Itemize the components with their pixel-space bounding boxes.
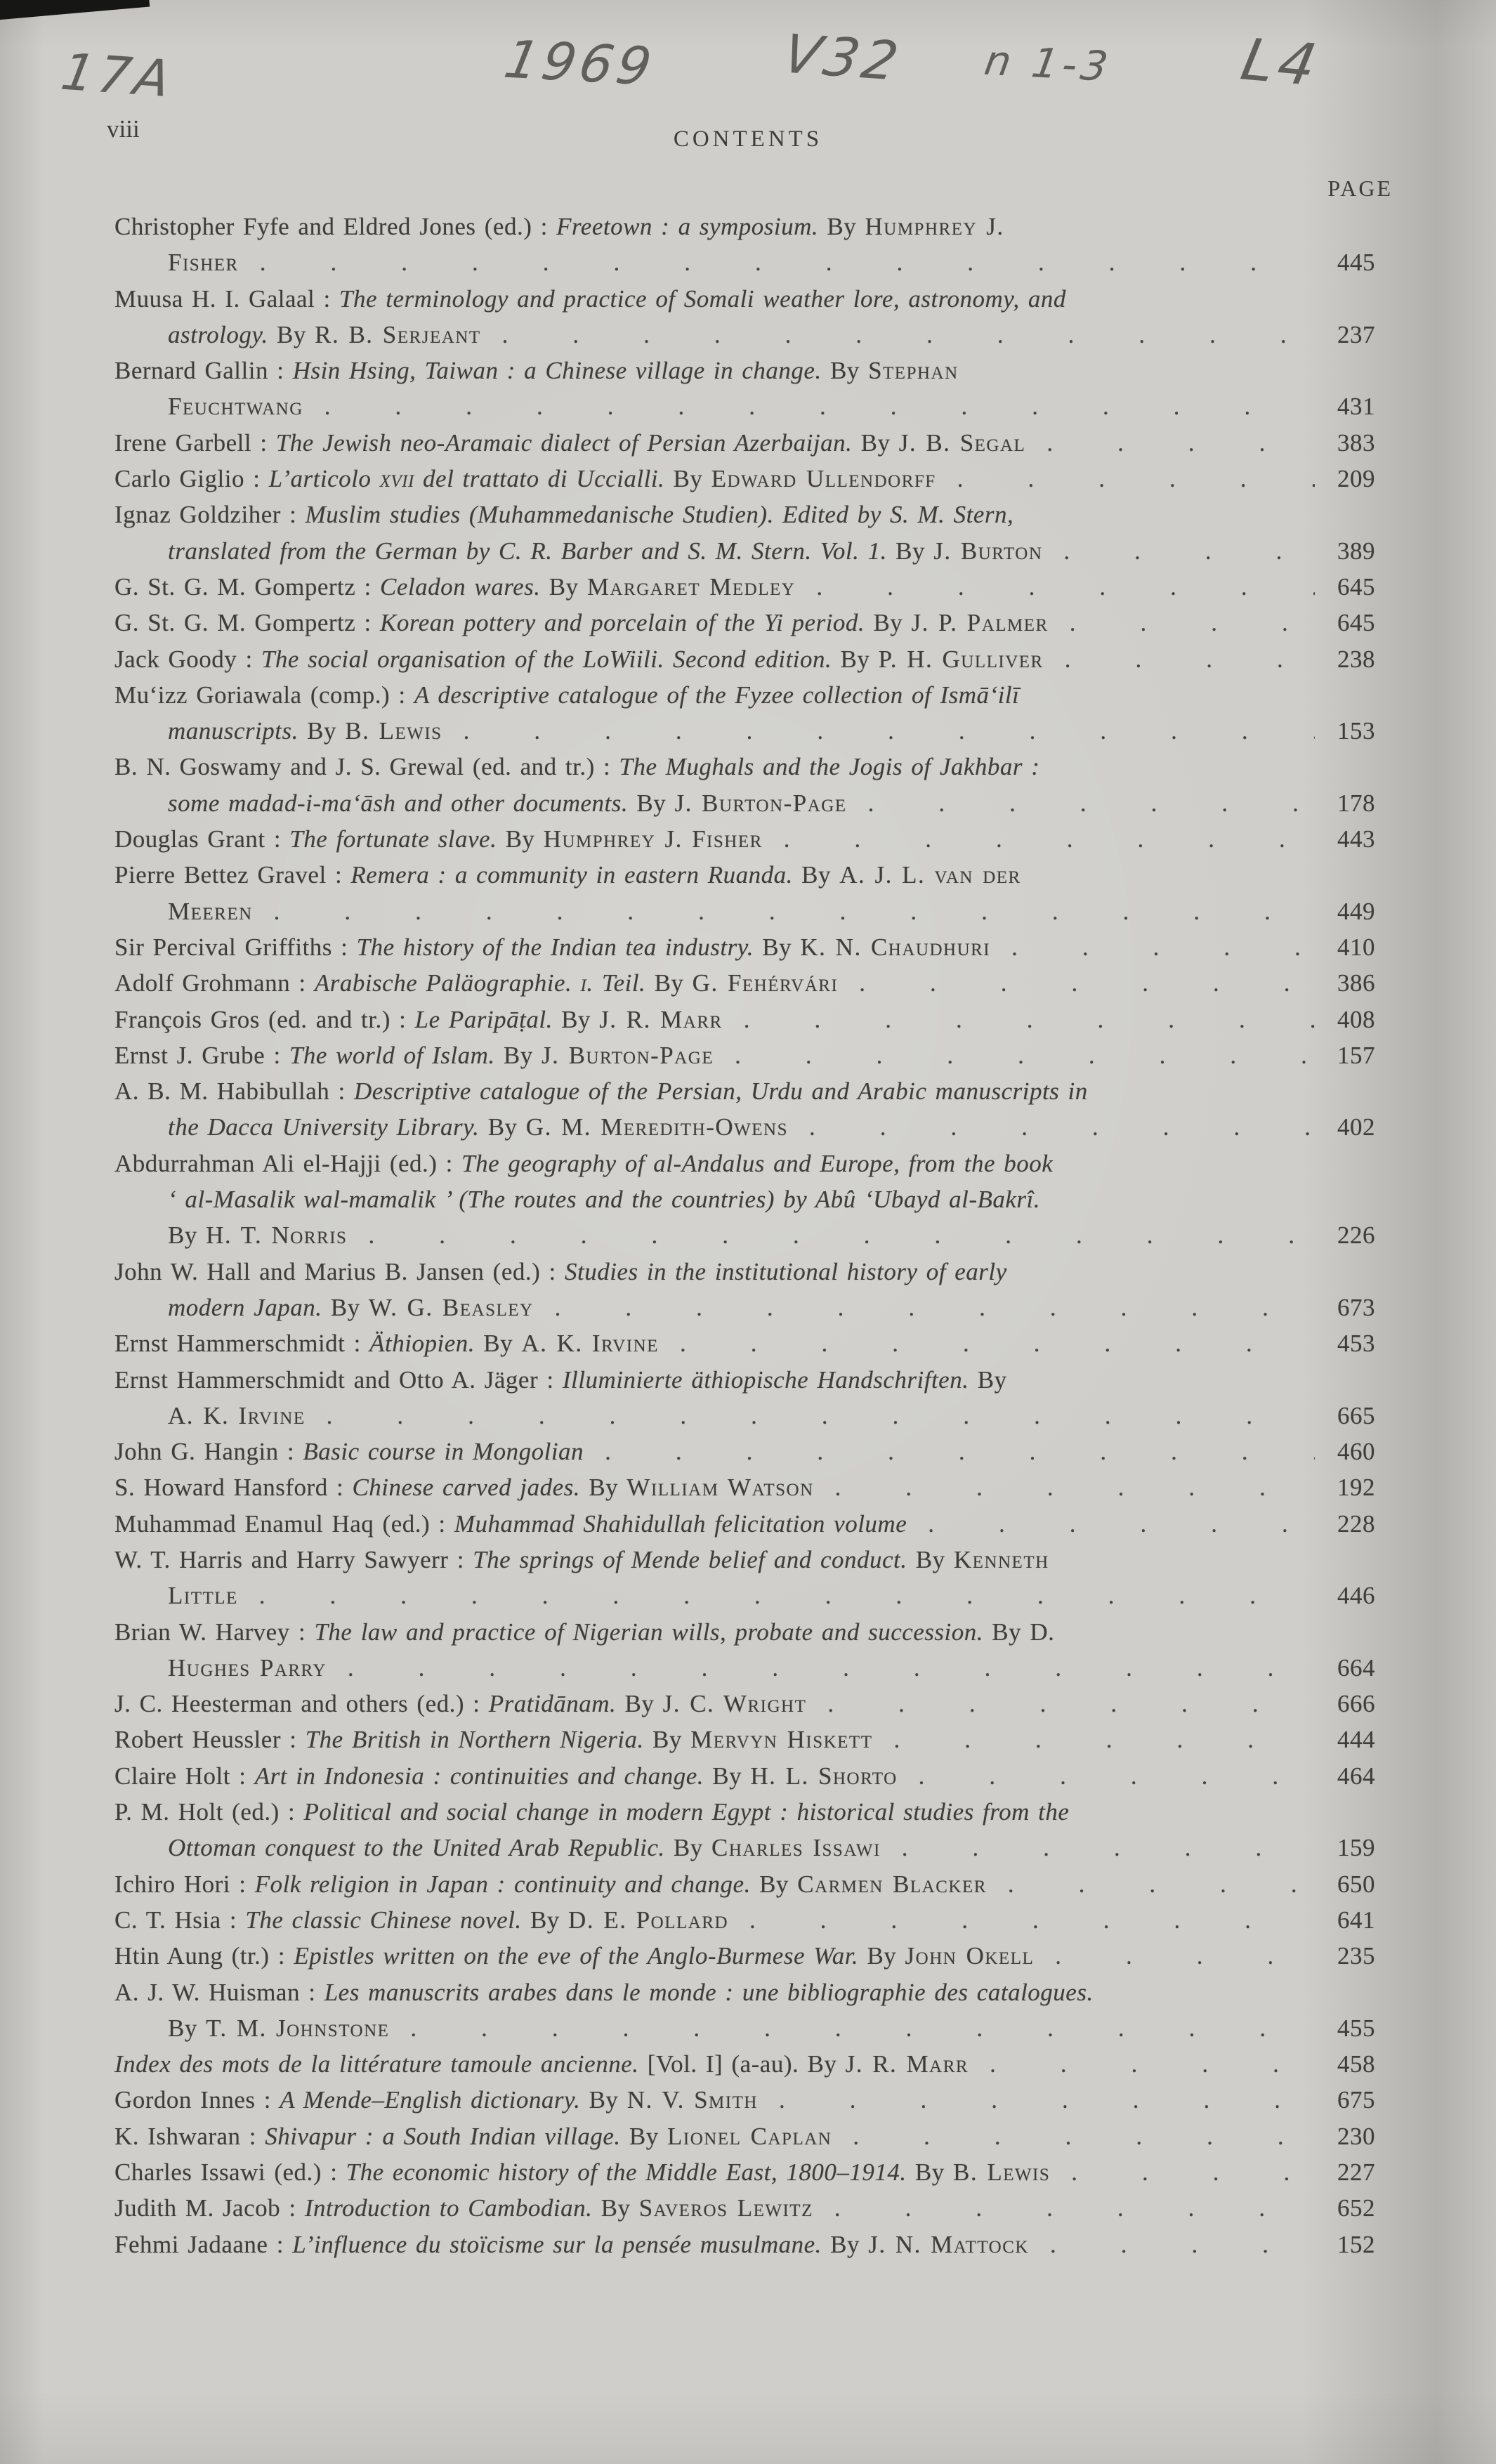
toc-line: Bernard Gallin : Hsin Hsing, Taiwan : a … bbox=[114, 353, 1375, 388]
page-number: 444 bbox=[1325, 1722, 1375, 1757]
page-number: 455 bbox=[1325, 2010, 1375, 2046]
toc-entry: C. T. Hsia : The classic Chinese novel. … bbox=[114, 1902, 1375, 1938]
toc-entry: Douglas Grant : The fortunate slave. By … bbox=[114, 821, 1375, 857]
entry-text: modern Japan. By W. G. Beasley bbox=[168, 1290, 534, 1325]
entry-text: By H. T. Norris bbox=[168, 1217, 347, 1253]
toc-line: Ichiro Hori : Folk religion in Japan : c… bbox=[114, 1866, 1375, 1902]
toc-line: Gordon Innes : A Mende–English dictionar… bbox=[114, 2082, 1375, 2118]
dot-leaders: .............................. bbox=[1042, 533, 1315, 569]
page-number: 431 bbox=[1325, 388, 1375, 424]
toc-entry: Adolf Grohmann : Arabische Paläographie.… bbox=[114, 965, 1375, 1001]
entry-text: astrology. By R. B. Serjeant bbox=[168, 317, 481, 353]
page-number: 157 bbox=[1325, 1037, 1375, 1073]
toc-line: By T. M. Johnstone......................… bbox=[114, 2010, 1375, 2046]
entry-text: manuscripts. By B. Lewis bbox=[168, 713, 442, 749]
dot-leaders: .............................. bbox=[728, 1902, 1315, 1938]
toc-line: Mu‘izz Goriawala (comp.) : A descriptive… bbox=[114, 677, 1375, 713]
dot-leaders: .............................. bbox=[1050, 2154, 1315, 2190]
toc-line: Ernst J. Grube : The world of Islam. By … bbox=[114, 1037, 1375, 1073]
dot-leaders: .............................. bbox=[534, 1290, 1315, 1325]
toc-line: Index des mots de la littérature tamoule… bbox=[114, 2046, 1375, 2082]
dot-leaders: .............................. bbox=[788, 1109, 1315, 1145]
page-number: 209 bbox=[1325, 461, 1375, 497]
dot-leaders: .............................. bbox=[1029, 2227, 1315, 2262]
toc-entry: Christopher Fyfe and Eldred Jones (ed.) … bbox=[114, 209, 1375, 281]
dot-leaders: .............................. bbox=[238, 1578, 1315, 1613]
toc-line: K. Ishwaran : Shivapur : a South Indian … bbox=[114, 2118, 1375, 2154]
page-number: 153 bbox=[1325, 713, 1375, 749]
entry-text: ‘ al-Masalik wal-mamalik ’ (The routes a… bbox=[168, 1181, 1040, 1217]
page-number: 192 bbox=[1325, 1469, 1375, 1505]
handwritten-classmark: 17A bbox=[57, 42, 178, 108]
toc-entry: Robert Heussler : The British in Norther… bbox=[114, 1722, 1375, 1757]
page-number: 652 bbox=[1325, 2190, 1375, 2226]
toc-line: Ottoman conquest to the United Arab Repu… bbox=[114, 1830, 1375, 1866]
page-number: 665 bbox=[1325, 1398, 1375, 1434]
toc-line: Robert Heussler : The British in Norther… bbox=[114, 1722, 1375, 1757]
entry-text: Gordon Innes : A Mende–English dictionar… bbox=[114, 2082, 758, 2118]
dot-leaders: .............................. bbox=[253, 893, 1315, 929]
dot-leaders: .............................. bbox=[1034, 1938, 1315, 1974]
toc-line: Brian W. Harvey : The law and practice o… bbox=[114, 1614, 1375, 1650]
dot-leaders: .............................. bbox=[584, 1434, 1315, 1469]
page-number: 650 bbox=[1325, 1866, 1375, 1902]
entry-text: Christopher Fyfe and Eldred Jones (ed.) … bbox=[114, 209, 1004, 244]
toc-line: S. Howard Hansford : Chinese carved jade… bbox=[114, 1469, 1375, 1505]
toc-entry: Bernard Gallin : Hsin Hsing, Taiwan : a … bbox=[114, 353, 1375, 425]
dot-leaders: .............................. bbox=[969, 2046, 1315, 2082]
dot-leaders: .............................. bbox=[881, 1830, 1315, 1866]
entry-text: A. K. Irvine bbox=[168, 1398, 306, 1434]
toc-line: Judith M. Jacob : Introduction to Cambod… bbox=[114, 2190, 1375, 2226]
page-column-label: PAGE bbox=[1327, 176, 1393, 202]
toc-line: By H. T. Norris.........................… bbox=[114, 1217, 1375, 1253]
toc-entry: Muusa H. I. Galaal : The terminology and… bbox=[114, 281, 1375, 353]
dot-leaders: .............................. bbox=[832, 2118, 1315, 2154]
entry-text: Bernard Gallin : Hsin Hsing, Taiwan : a … bbox=[114, 353, 959, 388]
page-number: 666 bbox=[1325, 1686, 1375, 1722]
toc-line: A. J. W. Huisman : Les manuscrits arabes… bbox=[114, 1974, 1375, 2010]
toc-line: B. N. Goswamy and J. S. Grewal (ed. and … bbox=[114, 749, 1375, 785]
toc-line: Muhammad Enamul Haq (ed.) : Muhammad Sha… bbox=[114, 1506, 1375, 1542]
entry-text: Charles Issawi (ed.) : The economic hist… bbox=[114, 2154, 1050, 2190]
toc-line: Douglas Grant : The fortunate slave. By … bbox=[114, 821, 1375, 857]
entry-text: Ernst Hammerschmidt and Otto A. Jäger : … bbox=[114, 1362, 1007, 1398]
entry-text: K. Ishwaran : Shivapur : a South Indian … bbox=[114, 2118, 832, 2154]
entry-text: François Gros (ed. and tr.) : Le Paripāṭ… bbox=[114, 1002, 723, 1037]
toc-line: John W. Hall and Marius B. Jansen (ed.) … bbox=[114, 1254, 1375, 1290]
toc-line: Irene Garbell : The Jewish neo-Aramaic d… bbox=[114, 425, 1375, 461]
entry-text: Douglas Grant : The fortunate slave. By … bbox=[114, 821, 763, 857]
entry-text: P. M. Holt (ed.) : Political and social … bbox=[114, 1794, 1069, 1830]
dot-leaders: .............................. bbox=[347, 1217, 1315, 1253]
entry-text: Pierre Bettez Gravel : Remera : a commun… bbox=[114, 857, 1021, 893]
toc-entry: W. T. Harris and Harry Sawyerr : The spr… bbox=[114, 1542, 1375, 1614]
toc-line: Carlo Giglio : L’articolo xvii del tratt… bbox=[114, 461, 1375, 497]
toc-line: modern Japan. By W. G. Beasley..........… bbox=[114, 1290, 1375, 1325]
toc-line: Fisher..............................445 bbox=[114, 244, 1375, 280]
dot-leaders: .............................. bbox=[907, 1506, 1315, 1542]
dot-leaders: .............................. bbox=[723, 1002, 1315, 1037]
toc-list: Christopher Fyfe and Eldred Jones (ed.) … bbox=[114, 209, 1375, 2262]
toc-entry: Charles Issawi (ed.) : The economic hist… bbox=[114, 2154, 1375, 2190]
entry-text: translated from the German by C. R. Barb… bbox=[168, 533, 1042, 569]
page-number: 449 bbox=[1325, 893, 1375, 929]
handwritten-year: 1969 bbox=[499, 30, 660, 97]
toc-entry: Index des mots de la littérature tamoule… bbox=[114, 2046, 1375, 2082]
toc-entry: Ignaz Goldziher : Muslim studies (Muhamm… bbox=[114, 497, 1375, 569]
entry-text: Index des mots de la littérature tamoule… bbox=[114, 2046, 969, 2082]
dot-leaders: .............................. bbox=[838, 965, 1315, 1001]
entry-text: Little bbox=[168, 1578, 238, 1613]
entry-text: Ignaz Goldziher : Muslim studies (Muhamm… bbox=[114, 497, 1013, 532]
toc-line: Christopher Fyfe and Eldred Jones (ed.) … bbox=[114, 209, 1375, 244]
toc-entry: Brian W. Harvey : The law and practice o… bbox=[114, 1614, 1375, 1686]
page-number: 159 bbox=[1325, 1830, 1375, 1866]
toc-line: G. St. G. M. Gompertz : Celadon wares. B… bbox=[114, 569, 1375, 605]
toc-line: Fehmi Jadaane : L’influence du stoïcisme… bbox=[114, 2227, 1375, 2262]
toc-entry: G. St. G. M. Gompertz : Korean pottery a… bbox=[114, 605, 1375, 641]
entry-text: G. St. G. M. Gompertz : Korean pottery a… bbox=[114, 605, 1049, 641]
entry-text: Ernst J. Grube : The world of Islam. By … bbox=[114, 1037, 714, 1073]
toc-line: A. B. M. Habibullah : Descriptive catalo… bbox=[114, 1073, 1375, 1109]
toc-line: manuscripts. By B. Lewis................… bbox=[114, 713, 1375, 749]
page-number: 445 bbox=[1325, 244, 1375, 280]
page-number: 402 bbox=[1325, 1109, 1375, 1145]
toc-entry: John G. Hangin : Basic course in Mongoli… bbox=[114, 1434, 1375, 1469]
page-number: 178 bbox=[1325, 785, 1375, 821]
toc-line: Muusa H. I. Galaal : The terminology and… bbox=[114, 281, 1375, 317]
entry-text: Htin Aung (tr.) : Epistles written on th… bbox=[114, 1938, 1034, 1974]
page-number: 228 bbox=[1325, 1506, 1375, 1542]
dot-leaders: .............................. bbox=[1049, 605, 1315, 641]
dot-leaders: .............................. bbox=[806, 1686, 1315, 1722]
entry-text: Judith M. Jacob : Introduction to Cambod… bbox=[114, 2190, 813, 2226]
dot-leaders: .............................. bbox=[327, 1650, 1315, 1686]
toc-line: Pierre Bettez Gravel : Remera : a commun… bbox=[114, 857, 1375, 893]
toc-line: translated from the German by C. R. Barb… bbox=[114, 533, 1375, 569]
scan-corner-shadow bbox=[0, 0, 150, 21]
entry-text: Irene Garbell : The Jewish neo-Aramaic d… bbox=[114, 425, 1025, 461]
entry-text: Muusa H. I. Galaal : The terminology and… bbox=[114, 281, 1066, 317]
dot-leaders: .............................. bbox=[872, 1722, 1315, 1757]
toc-line: John G. Hangin : Basic course in Mongoli… bbox=[114, 1434, 1375, 1469]
entry-text: S. Howard Hansford : Chinese carved jade… bbox=[114, 1469, 814, 1505]
entry-text: Ottoman conquest to the United Arab Repu… bbox=[168, 1830, 881, 1866]
dot-leaders: .............................. bbox=[659, 1325, 1315, 1361]
dot-leaders: .............................. bbox=[763, 821, 1315, 857]
page-number: 226 bbox=[1325, 1217, 1375, 1253]
dot-leaders: .............................. bbox=[936, 461, 1315, 497]
dot-leaders: .............................. bbox=[898, 1758, 1315, 1794]
dot-leaders: .............................. bbox=[481, 317, 1315, 353]
dot-leaders: .............................. bbox=[1044, 641, 1315, 677]
page-number: 237 bbox=[1325, 317, 1375, 353]
page-number: 675 bbox=[1325, 2082, 1375, 2118]
entry-text: By T. M. Johnstone bbox=[168, 2010, 389, 2046]
toc-line: Jack Goody : The social organisation of … bbox=[114, 641, 1375, 677]
dot-leaders: .............................. bbox=[795, 569, 1315, 605]
entry-text: C. T. Hsia : The classic Chinese novel. … bbox=[114, 1902, 728, 1938]
toc-line: Feuchtwang..............................… bbox=[114, 388, 1375, 424]
toc-line: Little..............................446 bbox=[114, 1578, 1375, 1613]
page-number: 664 bbox=[1325, 1650, 1375, 1686]
entry-text: Carlo Giglio : L’articolo xvii del tratt… bbox=[114, 461, 936, 497]
toc-entry: B. N. Goswamy and J. S. Grewal (ed. and … bbox=[114, 749, 1375, 821]
toc-entry: Irene Garbell : The Jewish neo-Aramaic d… bbox=[114, 425, 1375, 461]
toc-entry: Sir Percival Griffiths : The history of … bbox=[114, 929, 1375, 965]
entry-text: A. J. W. Huisman : Les manuscrits arabes… bbox=[114, 1974, 1094, 2010]
toc-entry: John W. Hall and Marius B. Jansen (ed.) … bbox=[114, 1254, 1375, 1326]
entry-text: Meeren bbox=[168, 893, 253, 929]
entry-text: G. St. G. M. Gompertz : Celadon wares. B… bbox=[114, 569, 795, 605]
entry-text: Robert Heussler : The British in Norther… bbox=[114, 1722, 872, 1757]
entry-text: Hughes Parry bbox=[168, 1650, 327, 1686]
dot-leaders: .............................. bbox=[442, 713, 1315, 749]
toc-entry: Ernst Hammerschmidt : Äthiopien. By A. K… bbox=[114, 1325, 1375, 1361]
toc-line: Ernst Hammerschmidt and Otto A. Jäger : … bbox=[114, 1362, 1375, 1398]
entry-text: B. N. Goswamy and J. S. Grewal (ed. and … bbox=[114, 749, 1039, 785]
page-number: 641 bbox=[1325, 1902, 1375, 1938]
entry-text: Fehmi Jadaane : L’influence du stoïcisme… bbox=[114, 2227, 1029, 2262]
entry-text: Feuchtwang bbox=[168, 388, 303, 424]
toc-line: the Dacca University Library. By G. M. M… bbox=[114, 1109, 1375, 1145]
page-number: 460 bbox=[1325, 1434, 1375, 1469]
scanned-page: 17A 1969 V32 n 1-3 L4 viii CONTENTS PAGE… bbox=[0, 0, 1496, 2464]
toc-entry: Carlo Giglio : L’articolo xvii del tratt… bbox=[114, 461, 1375, 497]
handwritten-volume: V32 bbox=[777, 22, 907, 93]
entry-text: Sir Percival Griffiths : The history of … bbox=[114, 929, 990, 965]
toc-entry: Pierre Bettez Gravel : Remera : a commun… bbox=[114, 857, 1375, 929]
page-number: 152 bbox=[1325, 2227, 1375, 2262]
entry-text: the Dacca University Library. By G. M. M… bbox=[168, 1109, 788, 1145]
toc-entry: François Gros (ed. and tr.) : Le Paripāṭ… bbox=[114, 1002, 1375, 1037]
handwritten-issue-numbers: n 1-3 bbox=[981, 37, 1115, 91]
dot-leaders: .............................. bbox=[303, 388, 1315, 424]
page-number: 645 bbox=[1325, 569, 1375, 605]
dot-leaders: .............................. bbox=[389, 2010, 1315, 2046]
entry-text: J. C. Heesterman and others (ed.) : Prat… bbox=[114, 1686, 806, 1722]
entry-text: John W. Hall and Marius B. Jansen (ed.) … bbox=[114, 1254, 1007, 1290]
toc-line: P. M. Holt (ed.) : Political and social … bbox=[114, 1794, 1375, 1830]
toc-entry: G. St. G. M. Gompertz : Celadon wares. B… bbox=[114, 569, 1375, 605]
entry-text: Ernst Hammerschmidt : Äthiopien. By A. K… bbox=[114, 1325, 659, 1361]
toc-line: J. C. Heesterman and others (ed.) : Prat… bbox=[114, 1686, 1375, 1722]
toc-line: Ernst Hammerschmidt : Äthiopien. By A. K… bbox=[114, 1325, 1375, 1361]
dot-leaders: .............................. bbox=[987, 1866, 1315, 1902]
dot-leaders: .............................. bbox=[847, 785, 1315, 821]
toc-line: Ignaz Goldziher : Muslim studies (Muhamm… bbox=[114, 497, 1375, 532]
entry-text: Fisher bbox=[168, 244, 239, 280]
page-number: 408 bbox=[1325, 1002, 1375, 1037]
page-number: 673 bbox=[1325, 1290, 1375, 1325]
dot-leaders: .............................. bbox=[758, 2082, 1315, 2118]
contents-title: CONTENTS bbox=[0, 126, 1496, 152]
page-number: 446 bbox=[1325, 1578, 1375, 1613]
toc-entry: Judith M. Jacob : Introduction to Cambod… bbox=[114, 2190, 1375, 2226]
page-number: 464 bbox=[1325, 1758, 1375, 1794]
toc-line: François Gros (ed. and tr.) : Le Paripāṭ… bbox=[114, 1002, 1375, 1037]
toc-entry: Gordon Innes : A Mende–English dictionar… bbox=[114, 2082, 1375, 2118]
dot-leaders: .............................. bbox=[239, 244, 1315, 280]
entry-text: Claire Holt : Art in Indonesia : continu… bbox=[114, 1758, 898, 1794]
toc-entry: Ernst Hammerschmidt and Otto A. Jäger : … bbox=[114, 1362, 1375, 1434]
toc-entry: Abdurrahman Ali el-Hajji (ed.) : The geo… bbox=[114, 1146, 1375, 1254]
toc-entry: K. Ishwaran : Shivapur : a South Indian … bbox=[114, 2118, 1375, 2154]
toc-line: Sir Percival Griffiths : The history of … bbox=[114, 929, 1375, 965]
toc-line: Meeren..............................449 bbox=[114, 893, 1375, 929]
toc-line: W. T. Harris and Harry Sawyerr : The spr… bbox=[114, 1542, 1375, 1578]
entry-text: Mu‘izz Goriawala (comp.) : A descriptive… bbox=[114, 677, 1019, 713]
page-number: 453 bbox=[1325, 1325, 1375, 1361]
entry-text: W. T. Harris and Harry Sawyerr : The spr… bbox=[114, 1542, 1049, 1578]
toc-entry: Htin Aung (tr.) : Epistles written on th… bbox=[114, 1938, 1375, 1974]
dot-leaders: .............................. bbox=[714, 1037, 1315, 1073]
toc-line: some madad-i-ma‘āsh and other documents.… bbox=[114, 785, 1375, 821]
toc-entry: J. C. Heesterman and others (ed.) : Prat… bbox=[114, 1686, 1375, 1722]
toc-line: C. T. Hsia : The classic Chinese novel. … bbox=[114, 1902, 1375, 1938]
entry-text: Adolf Grohmann : Arabische Paläographie.… bbox=[114, 965, 838, 1001]
page-number: 238 bbox=[1325, 641, 1375, 677]
toc-line: Claire Holt : Art in Indonesia : continu… bbox=[114, 1758, 1375, 1794]
toc-entry: Mu‘izz Goriawala (comp.) : A descriptive… bbox=[114, 677, 1375, 749]
entry-text: Muhammad Enamul Haq (ed.) : Muhammad Sha… bbox=[114, 1506, 907, 1542]
page-number: 458 bbox=[1325, 2046, 1375, 2082]
toc-entry: P. M. Holt (ed.) : Political and social … bbox=[114, 1794, 1375, 1866]
toc-entry: Claire Holt : Art in Indonesia : continu… bbox=[114, 1758, 1375, 1794]
handwritten-shelfmark: L4 bbox=[1236, 27, 1326, 99]
toc-entry: Fehmi Jadaane : L’influence du stoïcisme… bbox=[114, 2227, 1375, 2262]
page-number: 235 bbox=[1325, 1938, 1375, 1974]
dot-leaders: .............................. bbox=[814, 1469, 1315, 1505]
page-number: 443 bbox=[1325, 821, 1375, 857]
toc-line: G. St. G. M. Gompertz : Korean pottery a… bbox=[114, 605, 1375, 641]
page-number: 386 bbox=[1325, 965, 1375, 1001]
toc-entry: A. J. W. Huisman : Les manuscrits arabes… bbox=[114, 1974, 1375, 2047]
toc-line: Hughes Parry............................… bbox=[114, 1650, 1375, 1686]
dot-leaders: .............................. bbox=[990, 929, 1315, 965]
toc-entry: Ernst J. Grube : The world of Islam. By … bbox=[114, 1037, 1375, 1073]
toc-entry: A. B. M. Habibullah : Descriptive catalo… bbox=[114, 1073, 1375, 1146]
toc-line: Charles Issawi (ed.) : The economic hist… bbox=[114, 2154, 1375, 2190]
toc-entry: S. Howard Hansford : Chinese carved jade… bbox=[114, 1469, 1375, 1505]
entry-text: Ichiro Hori : Folk religion in Japan : c… bbox=[114, 1866, 987, 1902]
entry-text: Jack Goody : The social organisation of … bbox=[114, 641, 1044, 677]
dot-leaders: .............................. bbox=[306, 1398, 1315, 1434]
toc-line: Htin Aung (tr.) : Epistles written on th… bbox=[114, 1938, 1375, 1974]
page-number: 645 bbox=[1325, 605, 1375, 641]
toc-line: A. K. Irvine............................… bbox=[114, 1398, 1375, 1434]
entry-text: John G. Hangin : Basic course in Mongoli… bbox=[114, 1434, 584, 1469]
entry-text: Brian W. Harvey : The law and practice o… bbox=[114, 1614, 1054, 1650]
toc-line: Adolf Grohmann : Arabische Paläographie.… bbox=[114, 965, 1375, 1001]
page-number: 389 bbox=[1325, 533, 1375, 569]
toc-entry: Ichiro Hori : Folk religion in Japan : c… bbox=[114, 1866, 1375, 1902]
entry-text: some madad-i-ma‘āsh and other documents.… bbox=[168, 785, 847, 821]
toc-entry: Jack Goody : The social organisation of … bbox=[114, 641, 1375, 677]
page-number: 410 bbox=[1325, 929, 1375, 965]
toc-line: astrology. By R. B. Serjeant............… bbox=[114, 317, 1375, 353]
dot-leaders: .............................. bbox=[813, 2190, 1315, 2226]
toc-entry: Muhammad Enamul Haq (ed.) : Muhammad Sha… bbox=[114, 1506, 1375, 1542]
entry-text: A. B. M. Habibullah : Descriptive catalo… bbox=[114, 1073, 1088, 1109]
toc-line: ‘ al-Masalik wal-mamalik ’ (The routes a… bbox=[114, 1181, 1375, 1217]
page-number: 230 bbox=[1325, 2118, 1375, 2154]
toc-line: Abdurrahman Ali el-Hajji (ed.) : The geo… bbox=[114, 1146, 1375, 1181]
dot-leaders: .............................. bbox=[1025, 425, 1315, 461]
entry-text: Abdurrahman Ali el-Hajji (ed.) : The geo… bbox=[114, 1146, 1053, 1181]
page-number: 227 bbox=[1325, 2154, 1375, 2190]
page-number: 383 bbox=[1325, 425, 1375, 461]
